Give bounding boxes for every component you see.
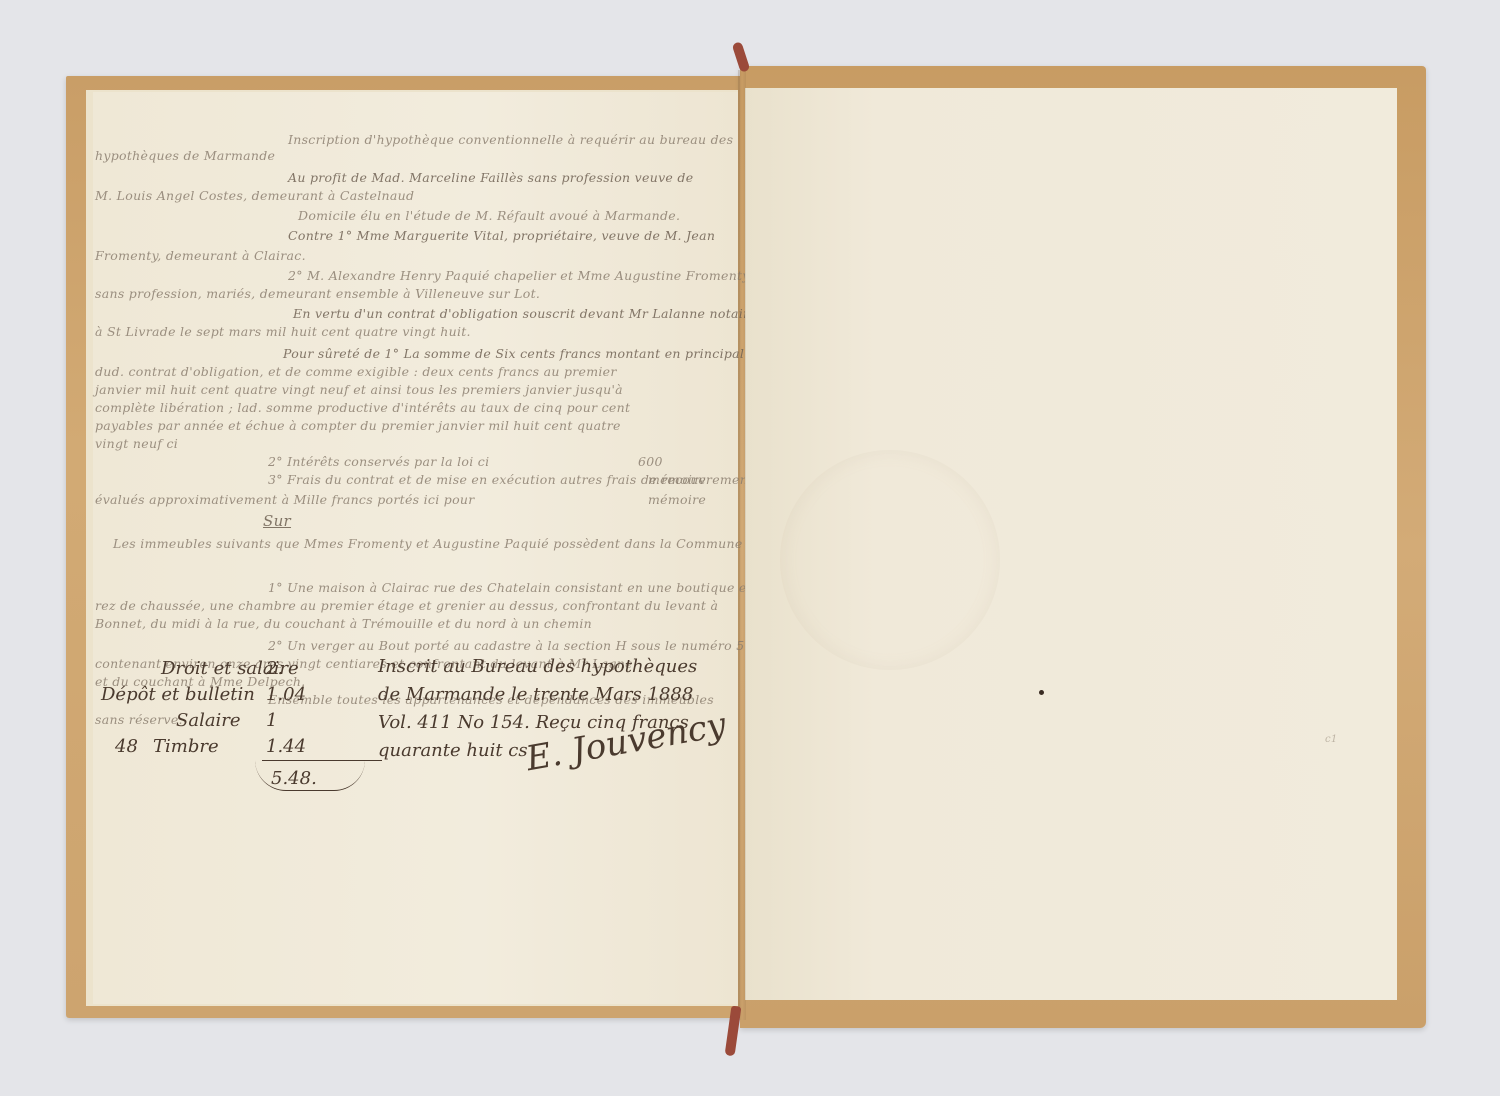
- doc-line: Fromenty, demeurant à Clairac.: [95, 248, 306, 263]
- doc-line: Domicile élu en l'étude de M. Réfault av…: [298, 208, 680, 223]
- amount-frais-evalues: mémoire: [648, 492, 706, 507]
- doc-line: Au profit de Mad. Marceline Faillès sans…: [288, 170, 693, 185]
- registration-line: de Marmande le trente Mars 1888: [378, 684, 693, 705]
- fee-label: Salaire: [176, 710, 241, 731]
- doc-line: Pour sûreté de 1° La somme de Six cents …: [283, 346, 744, 361]
- binding-gutter: [738, 70, 746, 1020]
- doc-line: 2° Un verger au Bout porté au cadastre à…: [268, 638, 761, 653]
- fee-value: 1.44: [266, 736, 306, 757]
- doc-line: 1° Une maison à Clairac rue des Chatelai…: [268, 580, 808, 595]
- doc-line: M. Louis Angel Costes, demeurant à Caste…: [95, 188, 414, 203]
- doc-line: En vertu d'un contrat d'obligation sousc…: [293, 306, 757, 321]
- left-page: Inscription d'hypothèque conventionnelle…: [93, 92, 738, 1004]
- fee-value: 2.: [266, 658, 283, 679]
- total-flourish: [255, 760, 365, 791]
- doc-line: Inscription d'hypothèque conventionnelle…: [288, 132, 733, 147]
- doc-line: dud. contrat d'obligation, et de comme e…: [95, 364, 617, 379]
- doc-line: 2° M. Alexandre Henry Paquié chapelier e…: [288, 268, 750, 283]
- marginal-mark: c1: [1325, 734, 1338, 745]
- doc-line: 2° Intérêts conservés par la loi ci: [268, 454, 489, 469]
- doc-line: Les immeubles suivants que Mmes Fromenty…: [113, 536, 815, 551]
- fee-value: 1: [266, 710, 277, 731]
- embossed-seal-faint: [780, 450, 1000, 670]
- amount-principal: 600: [638, 454, 663, 469]
- doc-line: Bonnet, du midi à la rue, du couchant à …: [95, 616, 592, 631]
- doc-line: sans profession, mariés, demeurant ensem…: [95, 286, 540, 301]
- doc-line: janvier mil huit cent quatre vingt neuf …: [95, 382, 623, 397]
- binding-string-top: [732, 41, 751, 73]
- registration-line: quarante huit cs: [378, 740, 528, 761]
- doc-line: à St Livrade le sept mars mil huit cent …: [95, 324, 471, 339]
- registration-line: Inscrit au Bureau des hypothèques: [378, 656, 697, 677]
- amount-frais-contrat: mémoire: [648, 472, 706, 487]
- fee-label: Dépôt et bulletin: [101, 684, 255, 705]
- fee-value: 1.04: [266, 684, 306, 705]
- doc-line: évalués approximativement à Mille francs…: [95, 492, 475, 507]
- doc-line: Contre 1° Mme Marguerite Vital, propriét…: [288, 228, 715, 243]
- fee-label: Timbre: [153, 736, 219, 757]
- doc-line: vingt neuf ci: [95, 436, 178, 451]
- doc-line: payables par année et échue à compter du…: [95, 418, 621, 433]
- doc-line: sans réserve.: [95, 712, 183, 727]
- section-heading-sur: Sur: [263, 512, 291, 530]
- doc-line: rez de chaussée, une chambre au premier …: [95, 598, 718, 613]
- ink-speck: [1039, 690, 1044, 695]
- fee-prefix: 48: [115, 736, 138, 757]
- doc-line: hypothèques de Marmande: [95, 148, 275, 163]
- doc-line: complète libération ; lad. somme product…: [95, 400, 630, 415]
